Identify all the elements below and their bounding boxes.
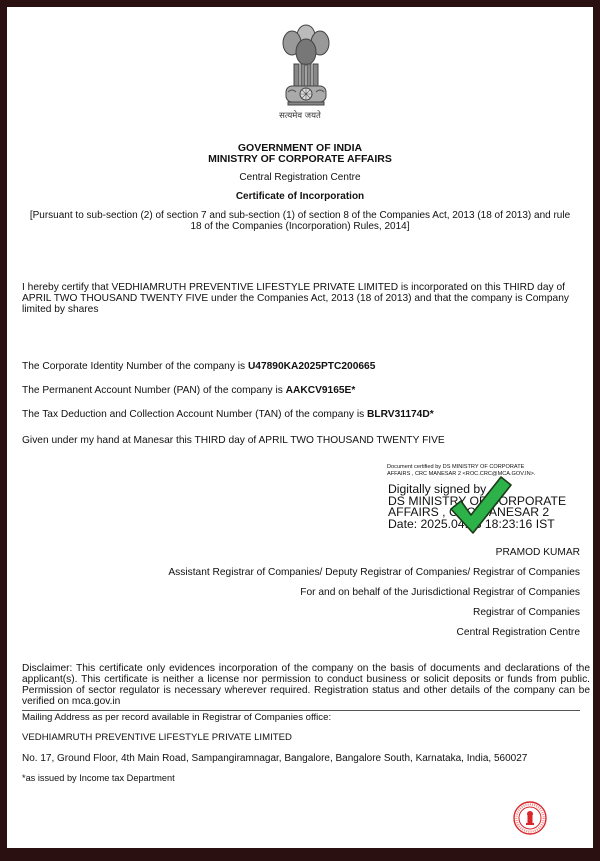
certificate-page: सत्यमेव जयते GOVERNMENT OF INDIA MINISTR… xyxy=(7,7,593,848)
emblem-motto: सत्यमेव जयते xyxy=(7,110,593,121)
mailing-company: VEDHIAMRUTH PREVENTIVE LIFESTYLE PRIVATE… xyxy=(22,732,292,744)
registration-centre: Central Registration Centre xyxy=(7,172,593,183)
pursuant-clause-line1: [Pursuant to sub-section (2) of section … xyxy=(7,210,593,221)
given-under-hand: Given under my hand at Manesar this THIR… xyxy=(22,435,445,447)
mailing-address: No. 17, Ground Floor, 4th Main Road, Sam… xyxy=(22,753,527,765)
signatory-designation: Assistant Registrar of Companies/ Deputy… xyxy=(168,567,580,579)
divider xyxy=(22,710,580,711)
signatory-centre: Central Registration Centre xyxy=(457,627,580,639)
signatory-name: PRAMOD KUMAR xyxy=(496,547,580,559)
green-checkmark-icon xyxy=(447,473,515,537)
disclaimer: Disclaimer: This certificate only eviden… xyxy=(22,663,590,707)
certified-by-line1: Document certified by DS MINISTRY OF COR… xyxy=(387,464,587,471)
cin-value: U47890KA2025PTC200665 xyxy=(248,361,375,372)
pan-tan-footnote: *as issued by Income tax Department xyxy=(22,772,175,784)
tan-label: The Tax Deduction and Collection Account… xyxy=(22,409,367,420)
signatory-behalf: For and on behalf of the Jurisdictional … xyxy=(300,587,580,599)
pan-value: AAKCV9165E* xyxy=(286,385,356,396)
tan-value: BLRV31174D* xyxy=(367,409,434,420)
signatory-office: Registrar of Companies xyxy=(473,607,580,619)
certificate-title: Certificate of Incorporation xyxy=(7,191,593,202)
cin-label: The Corporate Identity Number of the com… xyxy=(22,361,248,372)
tan-row: The Tax Deduction and Collection Account… xyxy=(22,409,434,421)
mca-seal-icon xyxy=(512,800,548,836)
pan-row: The Permanent Account Number (PAN) of th… xyxy=(22,385,355,397)
cin-row: The Corporate Identity Number of the com… xyxy=(22,361,375,373)
certification-statement: I hereby certify that VEDHIAMRUTH PREVEN… xyxy=(22,282,590,315)
mailing-heading: Mailing Address as per record available … xyxy=(22,712,331,724)
pursuant-clause-line2: 18 of the Companies (Incorporation) Rule… xyxy=(7,221,593,232)
ministry-heading: MINISTRY OF CORPORATE AFFAIRS xyxy=(7,154,593,165)
pan-label: The Permanent Account Number (PAN) of th… xyxy=(22,385,286,396)
national-emblem-icon xyxy=(273,16,339,124)
